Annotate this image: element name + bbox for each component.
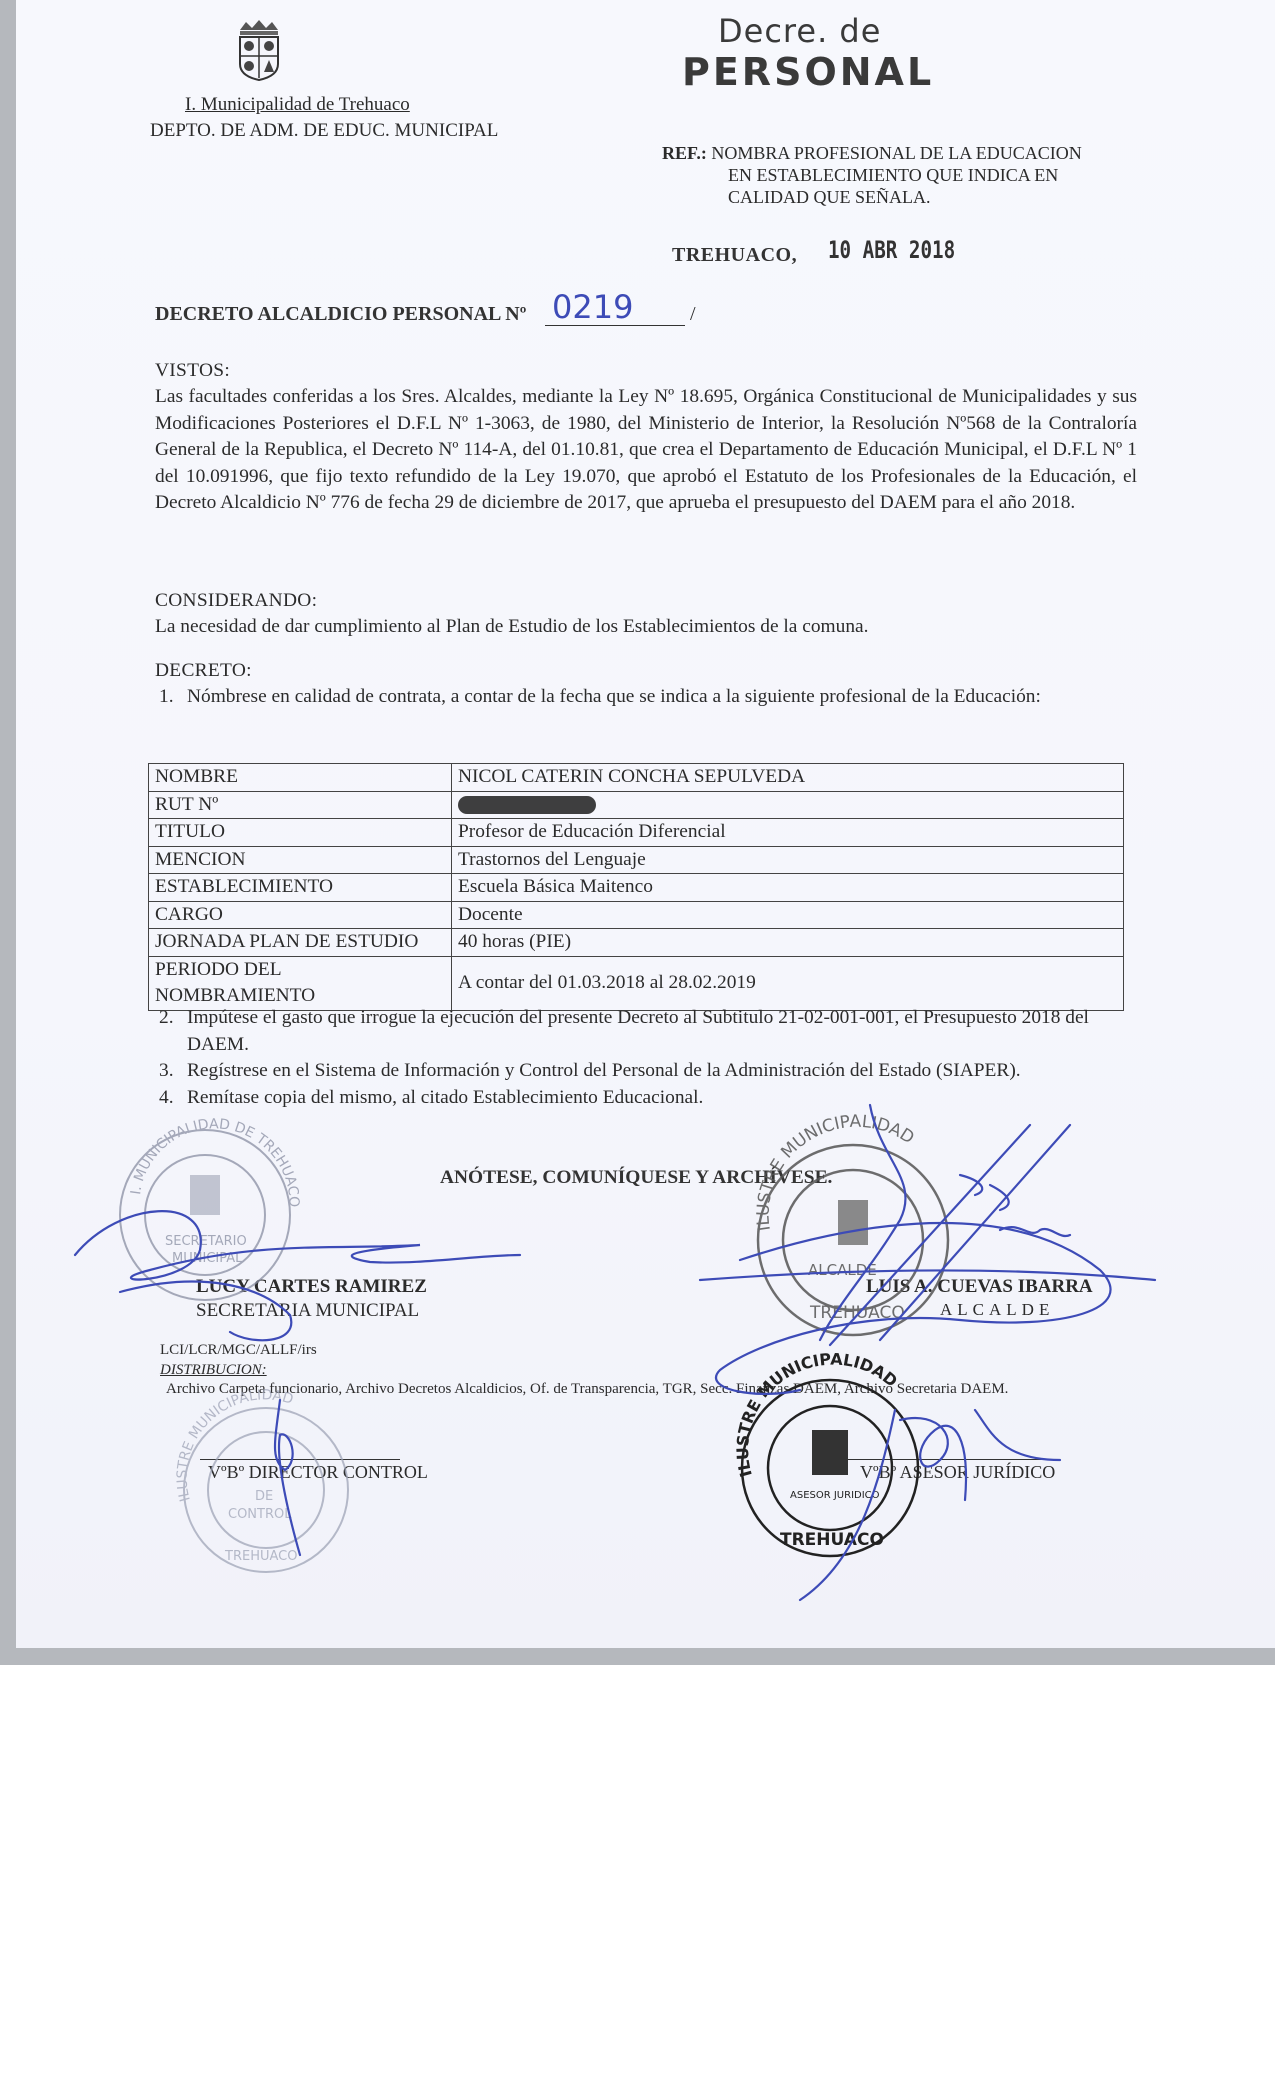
considerando-heading: CONSIDERANDO: bbox=[155, 590, 317, 612]
redaction-mark bbox=[458, 796, 596, 814]
legal-approval-label: VºBº ASESOR JURÍDICO bbox=[860, 1462, 1055, 1483]
item-number: 4. bbox=[159, 1085, 174, 1112]
mayor-role: ALCALDE bbox=[940, 1300, 1054, 1320]
decree-items-rest: 2. Impútese el gasto que irrogue la ejec… bbox=[155, 1005, 1137, 1111]
row-label: MENCION bbox=[149, 846, 452, 874]
row-value: Docente bbox=[452, 901, 1124, 929]
row-value: Trastornos del Lenguaje bbox=[452, 846, 1124, 874]
decree-item: 1. Nómbrese en calidad de contrata, a co… bbox=[155, 684, 1137, 711]
decree-item: 4. Remítase copia del mismo, al citado E… bbox=[155, 1085, 1137, 1112]
item-text: Impútese el gasto que irrogue la ejecuci… bbox=[187, 1007, 1089, 1055]
table-row: NOMBRENICOL CATERIN CONCHA SEPULVEDA bbox=[149, 764, 1124, 792]
considerando-text: La necesidad de dar cumplimiento al Plan… bbox=[155, 614, 1137, 641]
distribution-heading: DISTRIBUCION: bbox=[160, 1362, 267, 1379]
row-value-redacted bbox=[452, 791, 1124, 819]
municipality-name: I. Municipalidad de Trehuaco bbox=[185, 94, 410, 116]
ref-line-3: CALIDAD QUE SEÑALA. bbox=[662, 186, 1082, 208]
appointee-table: NOMBRENICOL CATERIN CONCHA SEPULVEDARUT … bbox=[148, 763, 1124, 1011]
reference-block: REF.: NOMBRA PROFESIONAL DE LA EDUCACION… bbox=[662, 142, 1082, 208]
secretary-role: SECRETARIA MUNICIPAL bbox=[196, 1300, 419, 1322]
item-number: 3. bbox=[159, 1058, 174, 1085]
row-label: JORNADA PLAN DE ESTUDIO bbox=[149, 929, 452, 957]
table-row: ESTABLECIMIENTOEscuela Básica Maitenco bbox=[149, 874, 1124, 902]
table-row: PERIODO DEL NOMBRAMIENTOA contar del 01.… bbox=[149, 956, 1124, 1010]
place: TREHUACO, bbox=[672, 244, 797, 267]
municipal-coat-of-arms-icon bbox=[236, 18, 282, 82]
row-label: RUT Nº bbox=[149, 791, 452, 819]
ref-line-1: NOMBRA PROFESIONAL DE LA EDUCACION bbox=[711, 143, 1081, 163]
table-row: MENCIONTrastornos del Lenguaje bbox=[149, 846, 1124, 874]
decree-type-stamp-line2: PERSONAL bbox=[682, 50, 934, 94]
row-label: PERIODO DEL NOMBRAMIENTO bbox=[149, 956, 452, 1010]
decree-number-suffix: / bbox=[690, 303, 696, 326]
ref-label: REF.: bbox=[662, 143, 707, 163]
table-row: RUT Nº bbox=[149, 791, 1124, 819]
row-label: CARGO bbox=[149, 901, 452, 929]
decree-items-first: 1. Nómbrese en calidad de contrata, a co… bbox=[155, 684, 1137, 711]
item-number: 1. bbox=[159, 684, 174, 711]
closing-formula: ANÓTESE, COMUNÍQUESE Y ARCHÍVESE. bbox=[440, 1167, 832, 1189]
vistos-heading: VISTOS: bbox=[155, 360, 230, 382]
decree-number-handwritten: 0219 bbox=[552, 288, 633, 326]
row-value: Profesor de Educación Diferencial bbox=[452, 819, 1124, 847]
item-number: 2. bbox=[159, 1005, 174, 1032]
control-signature-line bbox=[200, 1459, 400, 1460]
row-label: TITULO bbox=[149, 819, 452, 847]
ref-line-2: EN ESTABLECIMIENTO QUE INDICA EN bbox=[662, 164, 1082, 186]
control-approval-label: VºBº DIRECTOR CONTROL bbox=[208, 1462, 428, 1483]
secretary-name: LUCY CARTES RAMIREZ bbox=[196, 1276, 427, 1298]
table-row: TITULOProfesor de Educación Diferencial bbox=[149, 819, 1124, 847]
row-value: Escuela Básica Maitenco bbox=[452, 874, 1124, 902]
item-text: Remítase copia del mismo, al citado Esta… bbox=[187, 1087, 703, 1108]
table-row: JORNADA PLAN DE ESTUDIO40 horas (PIE) bbox=[149, 929, 1124, 957]
table-row: CARGODocente bbox=[149, 901, 1124, 929]
decree-number-label: DECRETO ALCALDICIO PERSONAL Nº bbox=[155, 303, 526, 326]
author-initials: LCI/LCR/MGC/ALLF/irs bbox=[160, 1342, 317, 1359]
row-value: NICOL CATERIN CONCHA SEPULVEDA bbox=[452, 764, 1124, 792]
department-name: DEPTO. DE ADM. DE EDUC. MUNICIPAL bbox=[150, 120, 498, 142]
legal-signature-line bbox=[840, 1459, 1055, 1460]
mayor-name: LUIS A. CUEVAS IBARRA bbox=[866, 1276, 1093, 1298]
distribution-list: Archivo Carpeta funcionario, Archivo Dec… bbox=[166, 1381, 1008, 1398]
decree-type-stamp-line1: Decre. de bbox=[718, 12, 881, 50]
vistos-text: Las facultades conferidas a los Sres. Al… bbox=[155, 384, 1137, 517]
row-label: ESTABLECIMIENTO bbox=[149, 874, 452, 902]
row-value: A contar del 01.03.2018 al 28.02.2019 bbox=[452, 956, 1124, 1010]
date-stamp: 10 ABR 2018 bbox=[828, 236, 955, 264]
item-text: Nómbrese en calidad de contrata, a conta… bbox=[187, 686, 1041, 707]
item-text: Regístrese en el Sistema de Información … bbox=[187, 1060, 1021, 1081]
row-label: NOMBRE bbox=[149, 764, 452, 792]
decree-item: 2. Impútese el gasto que irrogue la ejec… bbox=[155, 1005, 1137, 1058]
decree-item: 3. Regístrese en el Sistema de Informaci… bbox=[155, 1058, 1137, 1085]
row-value: 40 horas (PIE) bbox=[452, 929, 1124, 957]
decreto-heading: DECRETO: bbox=[155, 660, 252, 682]
